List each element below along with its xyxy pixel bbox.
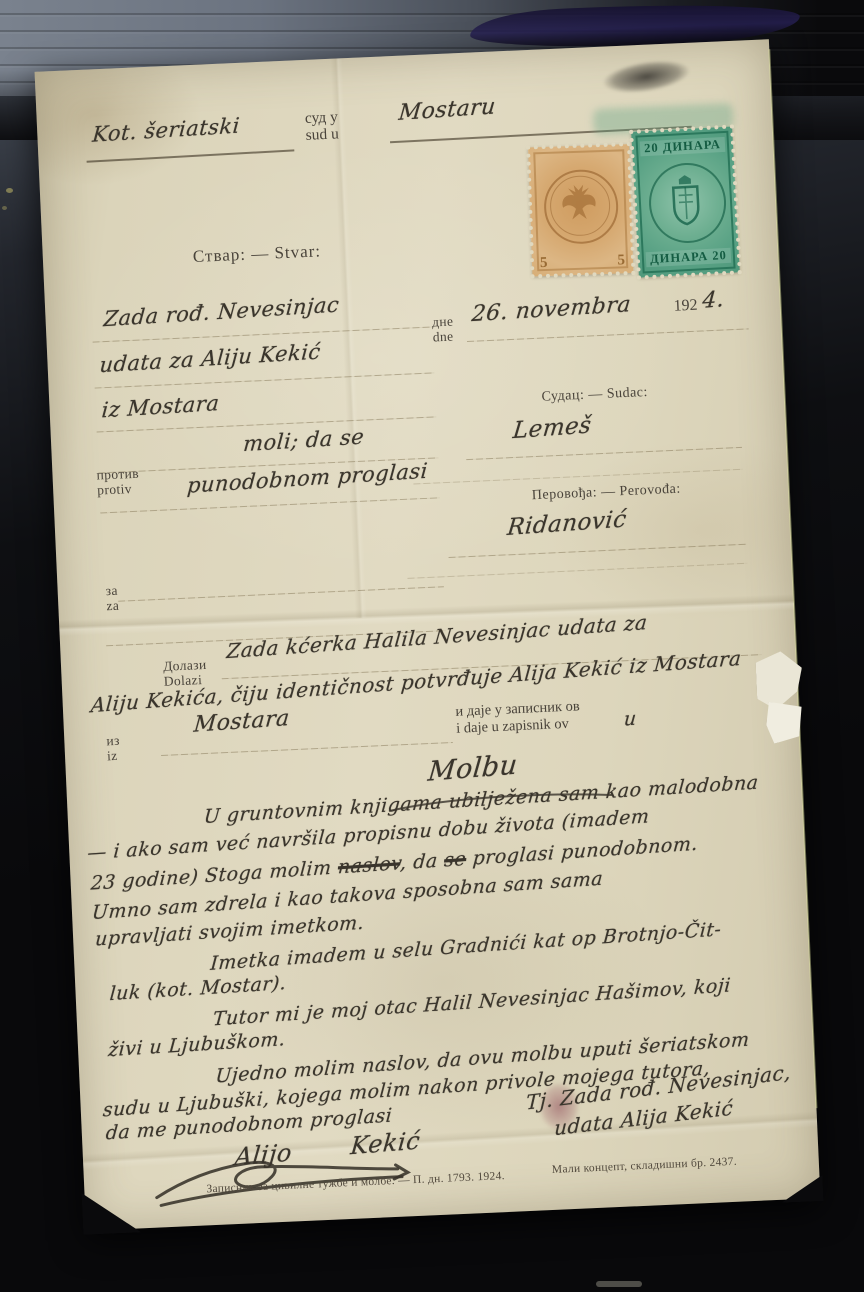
year-handwritten: 4.	[701, 287, 725, 314]
for-label-cyrillic: за	[105, 583, 118, 599]
date-label-cyrillic: дне	[432, 314, 454, 330]
document-paper: Kot. šeriatski суд у sud u Mostaru 5 5 2…	[35, 39, 821, 1231]
from-label-latin: iz	[107, 748, 121, 764]
for-label-latin: za	[106, 598, 119, 614]
struck-word: se	[443, 848, 467, 872]
stamp-value: 5	[540, 255, 548, 272]
revenue-stamp-5-dinara: 5 5	[528, 144, 633, 276]
coat-of-arms-icon	[666, 174, 707, 228]
body-text: , da	[399, 849, 445, 874]
record-suffix-handwritten: u	[623, 707, 637, 730]
court-label-latin: sud u	[305, 125, 339, 143]
revenue-stamp-20-dinara: 20 ДИНАРА ДИНАРА 20	[631, 127, 740, 278]
court-label-cyrillic: суд у	[305, 108, 339, 126]
double-eagle-icon	[554, 180, 604, 230]
stamp-value: 5	[617, 252, 625, 269]
table-speck	[6, 188, 13, 193]
from-label-cyrillic: из	[106, 733, 120, 749]
table-speck	[2, 206, 7, 210]
date-label-latin: dne	[432, 329, 454, 345]
table-paper-sliver	[596, 1281, 642, 1287]
struck-word: naslov	[337, 852, 401, 878]
photo-background: Kot. šeriatski суд у sud u Mostaru 5 5 2…	[0, 0, 864, 1292]
against-label-cyrillic: против	[96, 466, 139, 483]
year-printed: 192	[673, 297, 698, 316]
against-label-latin: protiv	[97, 481, 140, 498]
